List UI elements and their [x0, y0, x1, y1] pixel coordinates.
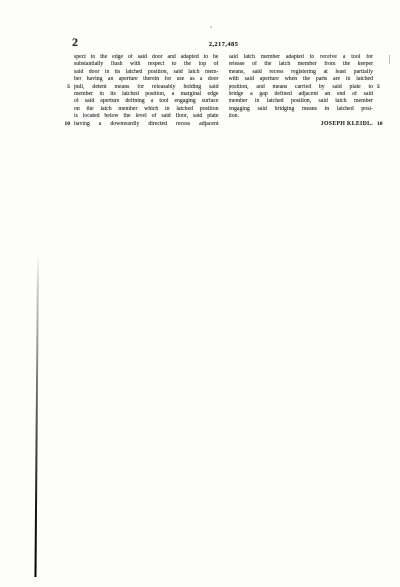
- text-line: of said aperture defining a tool engagin…: [74, 98, 219, 105]
- text-line: engaging said bridging means in latched …: [229, 106, 374, 113]
- scan-scratch-artifact: [34, 255, 38, 577]
- claim-text-line: member in its latched position, a margin…: [74, 91, 219, 98]
- claim-text-line: tion.: [229, 113, 374, 120]
- claim-text-line: on the latch member which in latched pos…: [74, 106, 219, 113]
- text-line: member in its latched position, a margin…: [74, 91, 219, 98]
- text-line: with said aperture when the parts are in…: [229, 76, 374, 83]
- text-line: means, said recess registering at least …: [229, 69, 374, 76]
- claim-text-line: is located below the level of said floor…: [74, 113, 219, 120]
- claim-text-line: spect to the edge of said door and adapt…: [74, 54, 219, 61]
- inventor-signature: JOSEPH KLEIDL.: [229, 121, 374, 128]
- claim-text-line: said latch member adapted to receive a t…: [229, 54, 374, 61]
- margin-line-number: 10: [62, 121, 70, 128]
- patent-number: 2,217,485: [74, 41, 373, 48]
- text-line: on the latch member which in latched pos…: [74, 106, 219, 113]
- text-line: substantially flush with respect to the …: [74, 61, 219, 68]
- claim-text-line: bridge a gap defined adjacent an end of …: [229, 91, 374, 98]
- text-line: 5position, and means carried by said pla…: [229, 84, 374, 91]
- claim-text-line: said door in its latched position, said …: [74, 69, 219, 76]
- text-column-right: said latch member adapted to receive a t…: [229, 54, 374, 128]
- text-line: 10having a downwardly directed recess ad…: [74, 121, 219, 128]
- margin-line-number: 10: [377, 121, 385, 128]
- text-line: 5pull, detent means for releasably holdi…: [74, 84, 219, 91]
- claim-text-line: means, said recess registering at least …: [229, 69, 374, 76]
- claim-text-line: member in latched position, said latch m…: [229, 98, 374, 105]
- claim-text-line: release of the latch member from the kee…: [229, 61, 374, 68]
- text-line: tion.: [229, 113, 374, 120]
- claim-text-line: substantially flush with respect to the …: [74, 61, 219, 68]
- margin-line-number: 5: [377, 84, 385, 91]
- claim-text-line: with said aperture when the parts are in…: [229, 76, 374, 83]
- text-line: bridge a gap defined adjacent an end of …: [229, 91, 374, 98]
- claim-text-line: position, and means carried by said plat…: [229, 84, 374, 91]
- claim-text-line: having a downwardly directed recess adja…: [74, 121, 219, 128]
- margin-line-number: 5: [62, 84, 70, 91]
- patent-page: 2 2,217,485 spect to the edge of said do…: [0, 0, 400, 587]
- claim-text-line: pull, detent means for releasably holdin…: [74, 84, 219, 91]
- text-line: ber having an aperture therein for use a…: [74, 76, 219, 83]
- text-line: 10JOSEPH KLEIDL.: [229, 121, 374, 128]
- text-line: member in latched position, said latch m…: [229, 98, 374, 105]
- text-line: spect to the edge of said door and adapt…: [74, 54, 219, 61]
- text-line: is located below the level of said floor…: [74, 113, 219, 120]
- text-line: said latch member adapted to receive a t…: [229, 54, 374, 61]
- claim-text-line: of said aperture defining a tool engagin…: [74, 98, 219, 105]
- scan-edge-mark: [389, 55, 390, 64]
- claim-text-line: engaging said bridging means in latched …: [229, 106, 374, 113]
- text-columns: spect to the edge of said door and adapt…: [74, 54, 373, 128]
- scan-speck: [210, 26, 212, 28]
- text-line: said door in its latched position, said …: [74, 69, 219, 76]
- text-column-left: spect to the edge of said door and adapt…: [74, 54, 219, 128]
- claim-text-line: ber having an aperture therein for use a…: [74, 76, 219, 83]
- text-line: release of the latch member from the kee…: [229, 61, 374, 68]
